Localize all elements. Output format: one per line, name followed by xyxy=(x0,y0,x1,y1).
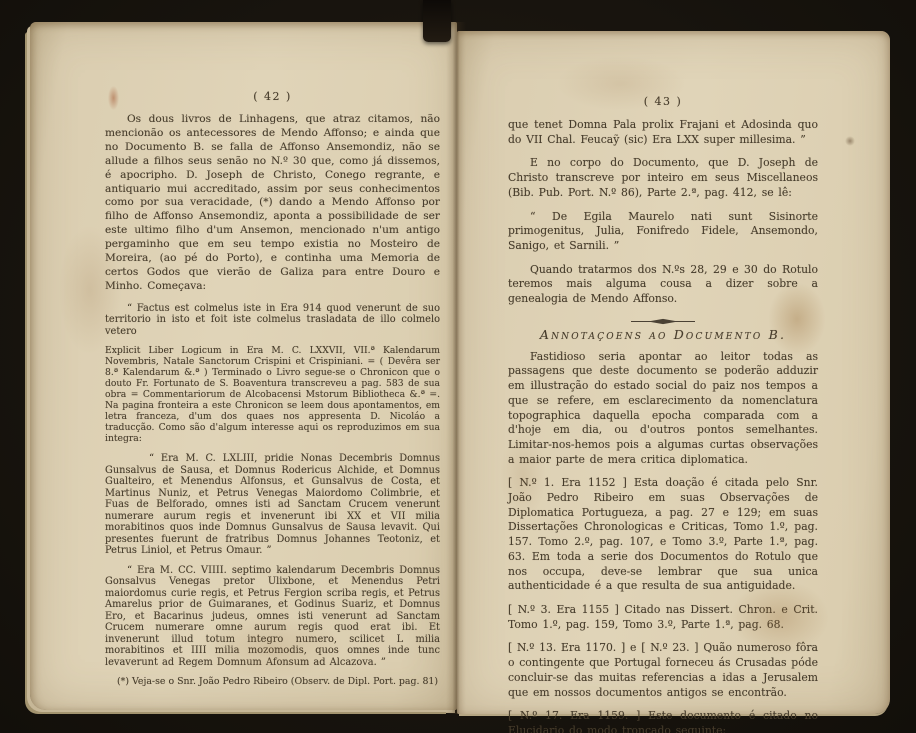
page-43-text-column: ( 43 ) que tenet Domna Pala prolix Fraja… xyxy=(508,95,818,733)
page-43-number: ( 43 ) xyxy=(508,95,818,108)
paragraph-linhagens: Os dous livros de Linhagens, que atraz c… xyxy=(105,113,440,294)
quote-era-lxliii: “ Era M. C. LXLIII, pridie Nonas Decembr… xyxy=(105,453,440,557)
paragraph-fastidioso: Fastidioso seria apontar ao leitor todas… xyxy=(508,350,818,468)
section-heading: Annotaçoens ao Documento B. xyxy=(508,327,818,342)
section-divider xyxy=(508,316,818,324)
book-scan: ( 42 ) Os dous livros de Linhagens, que … xyxy=(0,0,916,733)
page-42: ( 42 ) Os dous livros de Linhagens, que … xyxy=(30,22,457,710)
binding-clip-top xyxy=(423,0,451,42)
page-42-text-column: ( 42 ) Os dous livros de Linhagens, que … xyxy=(105,90,440,687)
quote-factus-est: “ Factus est colmelus iste in Era 914 qu… xyxy=(105,303,440,338)
divider-ornament-icon xyxy=(631,318,695,325)
page-42-number: ( 42 ) xyxy=(105,90,440,103)
book-gutter xyxy=(446,22,466,714)
quote-de-egila: “ De Egila Maurelo nati sunt Sisinorte p… xyxy=(508,210,818,254)
note-n1-era-1152: [ N.º 1. Era 1152 ] Esta doação é citada… xyxy=(508,476,818,594)
note-n13-era-1170: [ N.º 13. Era 1170. ] e [ N.º 23. ] Quão… xyxy=(508,641,818,700)
footnote-explicit-liber: Explicit Liber Logicum in Era M. C. LXXV… xyxy=(105,345,440,444)
paragraph-continuation: que tenet Domna Pala prolix Frajani et A… xyxy=(508,118,818,147)
quote-era-viiii: “ Era M. CC. VIIII. septimo kalendarum D… xyxy=(105,565,440,669)
paragraph-quando-tratarmos: Quando tratarmos dos N.ºs 28, 29 e 30 do… xyxy=(508,263,818,307)
page-43: ( 43 ) que tenet Domna Pala prolix Fraja… xyxy=(457,31,890,714)
note-n3-era-1155: [ N.º 3. Era 1155 ] Citado nas Dissert. … xyxy=(508,603,818,632)
note-n17-era-1159: [ N.º 17. Era 1159. ] Este documento é c… xyxy=(508,709,818,733)
footnote-reference: (*) Veja-se o Snr. João Pedro Ribeiro (O… xyxy=(105,676,440,687)
paragraph-corpo-documento: E no corpo do Documento, que D. Joseph d… xyxy=(508,156,818,200)
